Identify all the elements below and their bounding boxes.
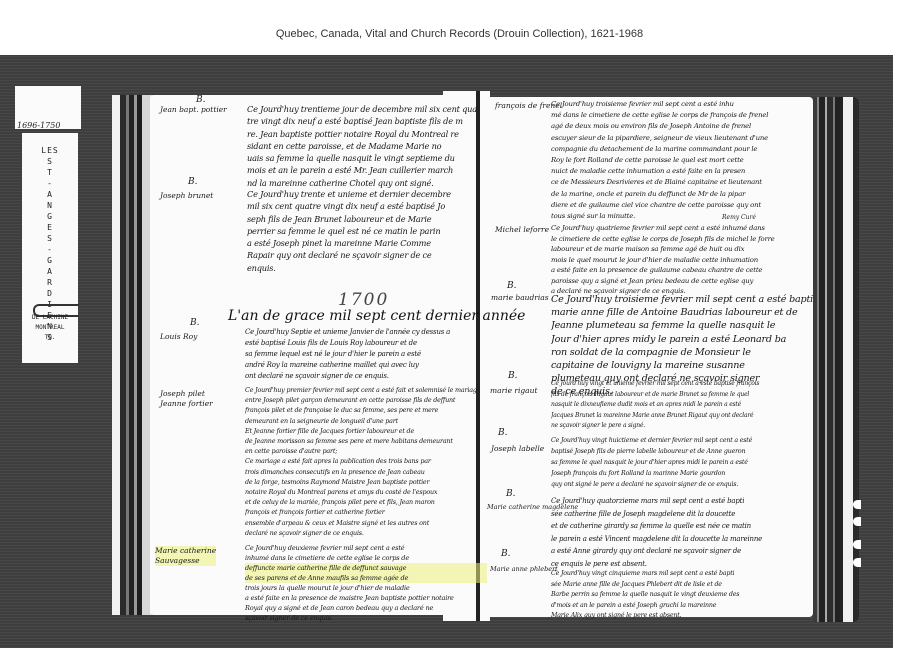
vertical-letter: A	[22, 266, 78, 277]
entry-line: ensemble d'arpeau & ceux et Maistre sign…	[245, 518, 487, 528]
vertical-letter: G	[22, 255, 78, 266]
page-tab	[853, 517, 861, 526]
entry-line: mé dans le cimetiere de cette eglise le …	[551, 110, 813, 121]
entry-line: a esté Joseph pinet la mareinne Marie Co…	[247, 237, 487, 249]
vertical-letter: G	[22, 211, 78, 222]
book-left-edge	[112, 95, 152, 615]
entry-line: baptisé Joseph fils de pierre labelle la…	[551, 446, 813, 457]
entry-line: paroisse quy a signé et Jean prieu bedea…	[551, 276, 813, 287]
entry-line: capitaine de louvigny la mareine susanne	[551, 359, 813, 372]
year-number: 1700	[338, 290, 389, 310]
margin-name: Louis Roy	[160, 332, 197, 342]
entry-line: a esté Anne girardy quy ont declaré ne s…	[551, 545, 813, 558]
entry-line: sçavoir signer de ce enquis.	[245, 613, 487, 623]
entry-line: de la forge, tesmoins Raymond Maistre Je…	[245, 477, 487, 487]
vertical-letter: -	[22, 178, 78, 189]
entry-line: mil six cent quatre vingt dix neuf a est…	[247, 200, 487, 212]
entry-line: re. Jean baptiste pottier notaire Royal …	[247, 128, 487, 140]
register-entry: Ce Jourd'huy deuxieme fevrier mil sept c…	[245, 543, 487, 623]
entry-line: de Jeanne morisson sa femme ses pere et …	[245, 436, 487, 446]
vertical-letter: S	[22, 233, 78, 244]
baptism-marker: B.	[188, 177, 197, 187]
vertical-letter: A	[22, 189, 78, 200]
entry-line: Jeanne plumeteau sa femme la quelle nasq…	[551, 319, 813, 332]
date-range-label: 1696-1750	[15, 121, 83, 130]
entry-line: françois pilet et de françoise le duc sa…	[245, 405, 487, 415]
entry-line: entre Joseph pilet garçon demeurant en c…	[245, 395, 487, 405]
entry-line: laboureur et de marie maison sa femme ag…	[551, 244, 813, 255]
entry-line: et de celuy de la mariée, françois pilet…	[245, 497, 487, 507]
year-heading: L'an de grace mil sept cent dernier anné…	[228, 308, 525, 324]
register-entry: Ce Jourd'huy troisieme fevrier mil sept …	[551, 99, 813, 222]
baptism-marker: B.	[196, 95, 205, 105]
entry-line: trois dimanches consecutifs en la presen…	[245, 467, 487, 477]
page-tab	[853, 500, 861, 509]
baptism-marker: B.	[498, 428, 507, 438]
entry-line: Ce Jourd'huy vingt et unieme fevrier mil…	[551, 379, 813, 390]
entry-line: sée Marie anne fille de Jacques Phlebert…	[551, 580, 813, 591]
entry-line: fils de françois Rigaut laboureur et de …	[551, 390, 813, 401]
entry-line: Joseph françois du fort Rolland la marin…	[551, 468, 813, 479]
entry-line: compagnie du detachement de la marine co…	[551, 144, 813, 155]
margin-name: marie baudrias	[491, 293, 549, 303]
entry-line: sée catherine fille de Joseph magdelene …	[551, 508, 813, 521]
entry-line: Ce Jourd'huy deuxieme fevrier mil sept c…	[245, 543, 487, 553]
entry-line: tre vingt dix neuf a esté baptisé Jean b…	[247, 115, 487, 127]
entry-line: mois le quel mourut le jour d'hier de ma…	[551, 255, 813, 266]
priest-signature: Remy Curé	[722, 213, 756, 223]
margin-name: marie rigaut	[490, 386, 538, 396]
entry-line: tous signé sur la minutte.	[551, 211, 813, 222]
entry-line: andré Roy la mareine catherine maillet q…	[245, 360, 487, 371]
entry-line: deffuncte marie catherine fille de deffu…	[245, 563, 487, 573]
register-entry: Ce Jourd'huy vingt cinquieme mars mil se…	[551, 569, 813, 622]
entry-line: Royal quy a signé et de Jean caron bedea…	[245, 603, 487, 613]
entry-line: diere et de guilaume ciel vice chantre d…	[551, 200, 813, 211]
entry-line: ron soldat de la compagnie de Monsieur l…	[551, 346, 813, 359]
entry-line: d'mois et an le parein a esté Joseph gru…	[551, 601, 813, 612]
entry-line: Rapair quy ont declaré ne sçavoir signer…	[247, 249, 487, 261]
entry-line: a esté faite en la presence de maistre J…	[245, 593, 487, 603]
margin-name: Marie anne phlebert	[490, 564, 558, 574]
entry-line: inhumé dans le cimetiere de cette eglise…	[245, 553, 487, 563]
collection-title: Quebec, Canada, Vital and Church Records…	[0, 28, 919, 40]
entry-line: mois et an le parein a esté Mr. Jean cui…	[247, 164, 487, 176]
register-entry: Ce Jourd'huy trentieme jour de decembre …	[247, 103, 487, 189]
entry-line: sa femme lequel est né le jour d'hier le…	[245, 349, 487, 360]
entry-line: marie anne fille de Antoine Baudrias lab…	[551, 306, 813, 319]
entry-line: Ce Jourd'huy troisieme fevrier mil sept …	[551, 99, 813, 110]
margin-name: Michel leforre	[495, 225, 549, 235]
vertical-letter: T	[22, 167, 78, 178]
entry-line: le parein a esté Vincent magdelene dit l…	[551, 533, 813, 546]
entry-line: a esté faite en la presence de guilaume …	[551, 265, 813, 276]
page-tab	[853, 540, 861, 549]
vertical-letter: -	[22, 244, 78, 255]
vertical-letter: E	[22, 222, 78, 233]
vertical-letter: N	[22, 200, 78, 211]
entry-line: Ce Jourd'huy vingt huictieme et dernier …	[551, 435, 813, 446]
entry-line: Ce Jourd'huy vingt cinquieme mars mil se…	[551, 569, 813, 580]
entry-line: trois jours la quelle mourut le jour d'h…	[245, 583, 487, 593]
entry-line: Ce Jourd'huy trentieme jour de decembre …	[247, 103, 487, 115]
entry-line: sa femme le quel nasquit le jour d'hier …	[551, 457, 813, 468]
entry-line: esté baptisé Louis fils de Louis Roy lab…	[245, 338, 487, 349]
entry-line: Et Jeanne fortier fille de Jacques forti…	[245, 426, 487, 436]
entry-line: sidant en cette paroisse, et de Madame M…	[247, 140, 487, 152]
margin-name: Jean bapt. pottier	[160, 105, 227, 115]
entry-line: declaré ne sçavoir signer de ce enquis.	[245, 528, 487, 538]
entry-line: Jour d'hier apres midy le parein a esté …	[551, 333, 813, 346]
entry-line: quy ont signé le pere a declaré ne sçavo…	[551, 479, 813, 490]
entry-line: Roy le fort Rolland de cette paroisse le…	[551, 155, 813, 166]
baptism-marker: B.	[506, 489, 515, 499]
entry-line: Ce mariage a esté fait apres la publicat…	[245, 456, 487, 466]
entry-line: et de catherine girardy sa femme la quel…	[551, 520, 813, 533]
entry-line: escuyer sieur de la pipardiere, seigneur…	[551, 133, 813, 144]
entry-line: seph fils de Jean Brunet laboureur et de…	[247, 213, 487, 225]
baptism-marker: B.	[190, 318, 199, 328]
entry-line: le cimetiere de cette eglise le corps de…	[551, 234, 813, 245]
entry-line: notaire Royal du Montreal parens et amys…	[245, 487, 487, 497]
margin-name-highlighted: Marie catherine Sauvagesse	[155, 546, 216, 566]
vertical-letter: R	[22, 277, 78, 288]
entry-line: Jacques Brunet la mareinne Marie anne Br…	[551, 411, 813, 422]
entry-line: nuict de maladie cette inhumation a esté…	[551, 166, 813, 177]
entry-line: françois et françois fortier et catherin…	[245, 507, 487, 517]
register-entry: Ce Jourd'huy vingt huictieme et dernier …	[551, 435, 813, 490]
margin-name: Joseph brunet	[160, 191, 213, 201]
entry-line: uais sa femme la quelle nasquit le vingt…	[247, 152, 487, 164]
baptism-marker: B.	[501, 549, 510, 559]
margin-name: Joseph pilet Jeanne fortier	[160, 389, 213, 409]
register-entry: Ce Jourd'huy quatorzieme mars mil sept c…	[551, 495, 813, 571]
scanned-register-image: 1696-1750 LESST-ANGES-GARDIENS DE LACHIN…	[0, 55, 893, 648]
vertical-letter: LES	[22, 145, 78, 156]
register-entry: Ce Jourd'huy Septie et unieme Janvier de…	[245, 327, 487, 382]
vertical-letter: D	[22, 288, 78, 299]
entry-line: de ses parens et de Anne maufils sa femm…	[245, 573, 487, 583]
entry-line: Ce Jourd'huy premier fevrier mil sept ce…	[245, 385, 487, 395]
baptism-marker: B.	[507, 281, 516, 291]
entry-line: agé de deux mois ou environ fils de Jose…	[551, 121, 813, 132]
margin-name: Joseph labelle	[491, 444, 544, 454]
entry-line: ne sçavoir signer le pere a signé.	[551, 421, 813, 432]
entry-line: ce de Messieurs Desrivieres et de Blainé…	[551, 177, 813, 188]
entry-line: Ce Jourd'huy quatorzieme mars mil sept c…	[551, 495, 813, 508]
entry-line: Marie Alix quy ont signé le pere est abs…	[551, 611, 813, 622]
entry-line: en cette paroisse d'autre part;	[245, 446, 487, 456]
page-tab	[853, 558, 861, 567]
vertical-letter: S	[22, 156, 78, 167]
parish-location: DE LACHINE MONTREAL TQ.	[22, 313, 78, 343]
register-entry: Ce Jourd'huy vingt et unieme fevrier mil…	[551, 379, 813, 432]
entry-line: de la marine, oncle et parein du deffunc…	[551, 189, 813, 200]
entry-line: Barbe perrin sa femme la quelle nasquit …	[551, 590, 813, 601]
entry-line: Ce Jourd'huy trente et unieme et dernier…	[247, 188, 487, 200]
register-entry: Ce Jourd'huy premier fevrier mil sept ce…	[245, 385, 487, 538]
entry-line: ont declaré ne sçavoir signer de ce enqu…	[245, 371, 487, 382]
entry-line: Ce Jourd'huy Septie et unieme Janvier de…	[245, 327, 487, 338]
entry-line: demeurant en la seigneurie de longueil d…	[245, 416, 487, 426]
entry-line: nasquit le dixneufieme dudit mois et an …	[551, 400, 813, 411]
entry-line: enquis.	[247, 262, 487, 274]
baptism-marker: B.	[508, 371, 517, 381]
entry-line: perrier sa femme le quel est né ce matin…	[247, 225, 487, 237]
register-entry: Ce Jourd'huy quatrieme fevrier mil sept …	[551, 223, 813, 297]
entry-line: Ce Jourd'huy quatrieme fevrier mil sept …	[551, 223, 813, 234]
register-entry: Ce Jourd'huy trente et unieme et dernier…	[247, 188, 487, 274]
entry-line: Ce Jourd'huy troisieme fevrier mil sept …	[551, 293, 813, 306]
